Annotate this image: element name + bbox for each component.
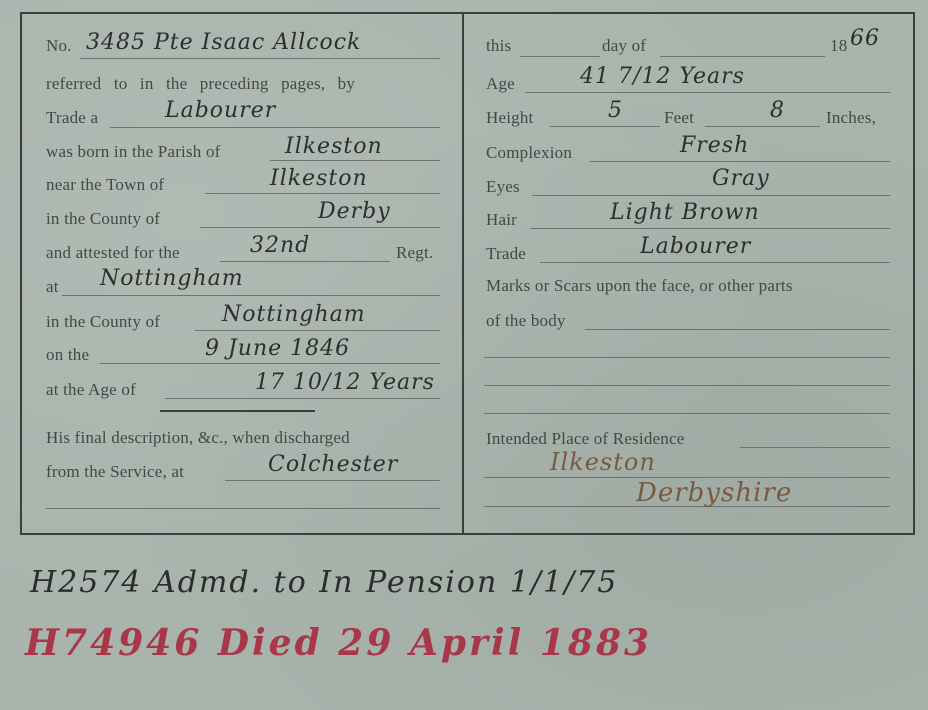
day-of-label: day of bbox=[602, 36, 646, 56]
eyes-value: Gray bbox=[712, 166, 770, 191]
body-label: of the body bbox=[486, 311, 566, 331]
hair-value: Light Brown bbox=[610, 200, 760, 225]
no-rule bbox=[80, 58, 440, 59]
at-rule bbox=[62, 295, 440, 296]
complexion-rule bbox=[590, 161, 890, 162]
residence-line1: Ilkeston bbox=[550, 448, 656, 476]
pension-annotation: H2574 Admd. to In Pension 1/1/75 bbox=[30, 565, 618, 600]
height-label: Height bbox=[486, 108, 533, 128]
this-rule bbox=[520, 56, 600, 57]
feet-label: Feet bbox=[664, 108, 694, 128]
at-value: Nottingham bbox=[100, 266, 244, 291]
residence-label: Intended Place of Residence bbox=[486, 429, 684, 449]
year-prefix: 18 bbox=[830, 36, 847, 56]
age-label-right: Age bbox=[486, 74, 515, 94]
county2-value: Nottingham bbox=[222, 302, 366, 327]
height-inches-rule bbox=[705, 126, 820, 127]
regt-label: Regt. bbox=[396, 243, 433, 263]
age-value: 17 10/12 Years bbox=[255, 370, 435, 395]
at-label: at bbox=[46, 277, 59, 297]
on-value: 9 June 1846 bbox=[205, 336, 350, 361]
age-rule-right bbox=[525, 92, 890, 93]
marks-text: Marks or Scars upon the face, or other p… bbox=[486, 276, 793, 296]
death-annotation: H74946 Died 29 April 1883 bbox=[25, 622, 652, 664]
trade-rule bbox=[110, 127, 440, 128]
attested-value: 32nd bbox=[250, 233, 310, 258]
attested-rule bbox=[220, 261, 390, 262]
year-value: 66 bbox=[850, 26, 880, 51]
town-label: near the Town of bbox=[46, 175, 164, 195]
eyes-label: Eyes bbox=[486, 177, 520, 197]
body-rule bbox=[585, 329, 890, 330]
residence-line2: Derbyshire bbox=[636, 478, 792, 508]
no-value: 3485 Pte Isaac Allcock bbox=[86, 30, 361, 55]
age-rule bbox=[165, 398, 440, 399]
county-label: in the County of bbox=[46, 209, 160, 229]
height-inches: 8 bbox=[770, 98, 785, 123]
hair-label: Hair bbox=[486, 210, 517, 230]
final-desc-text: His final description, &c., when dischar… bbox=[46, 428, 350, 448]
on-rule bbox=[100, 363, 440, 364]
complexion-label: Complexion bbox=[486, 143, 572, 163]
trade-value-right: Labourer bbox=[640, 234, 751, 259]
inches-label: Inches, bbox=[826, 108, 876, 128]
this-label: this bbox=[486, 36, 511, 56]
age-value-right: 41 7/12 Years bbox=[580, 64, 745, 89]
born-value: Ilkeston bbox=[285, 134, 383, 159]
age-underline bbox=[160, 410, 315, 412]
born-label: was born in the Parish of bbox=[46, 142, 221, 162]
on-label: on the bbox=[46, 345, 89, 365]
trade-label: Trade a bbox=[46, 108, 98, 128]
height-feet-rule bbox=[550, 126, 660, 127]
from-service-label: from the Service, at bbox=[46, 462, 184, 482]
county-rule bbox=[200, 227, 440, 228]
from-service-value: Colchester bbox=[268, 452, 398, 477]
county-value: Derby bbox=[318, 199, 391, 224]
county2-label: in the County of bbox=[46, 312, 160, 332]
marks-blank-rule-2 bbox=[484, 385, 890, 386]
marks-blank-rule-1 bbox=[484, 357, 890, 358]
town-value: Ilkeston bbox=[270, 166, 368, 191]
day-of-rule bbox=[660, 56, 825, 57]
referred-text: referred to in the preceding pages, by bbox=[46, 74, 355, 94]
trade-label-right: Trade bbox=[486, 244, 526, 264]
residence-rule-1 bbox=[740, 447, 890, 448]
trade-rule-right bbox=[540, 262, 890, 263]
complexion-value: Fresh bbox=[680, 133, 749, 158]
hair-rule bbox=[530, 228, 890, 229]
born-rule bbox=[270, 160, 440, 161]
town-rule bbox=[205, 193, 440, 194]
age-label: at the Age of bbox=[46, 380, 136, 400]
county2-rule bbox=[195, 330, 440, 331]
eyes-rule bbox=[532, 195, 890, 196]
trade-value: Labourer bbox=[165, 98, 276, 123]
from-service-rule bbox=[225, 480, 440, 481]
no-label: No. bbox=[46, 36, 72, 56]
height-feet: 5 bbox=[608, 98, 623, 123]
attested-label: and attested for the bbox=[46, 243, 180, 263]
column-divider bbox=[462, 12, 464, 535]
marks-blank-rule-3 bbox=[484, 413, 890, 414]
final-blank-rule bbox=[46, 508, 440, 509]
